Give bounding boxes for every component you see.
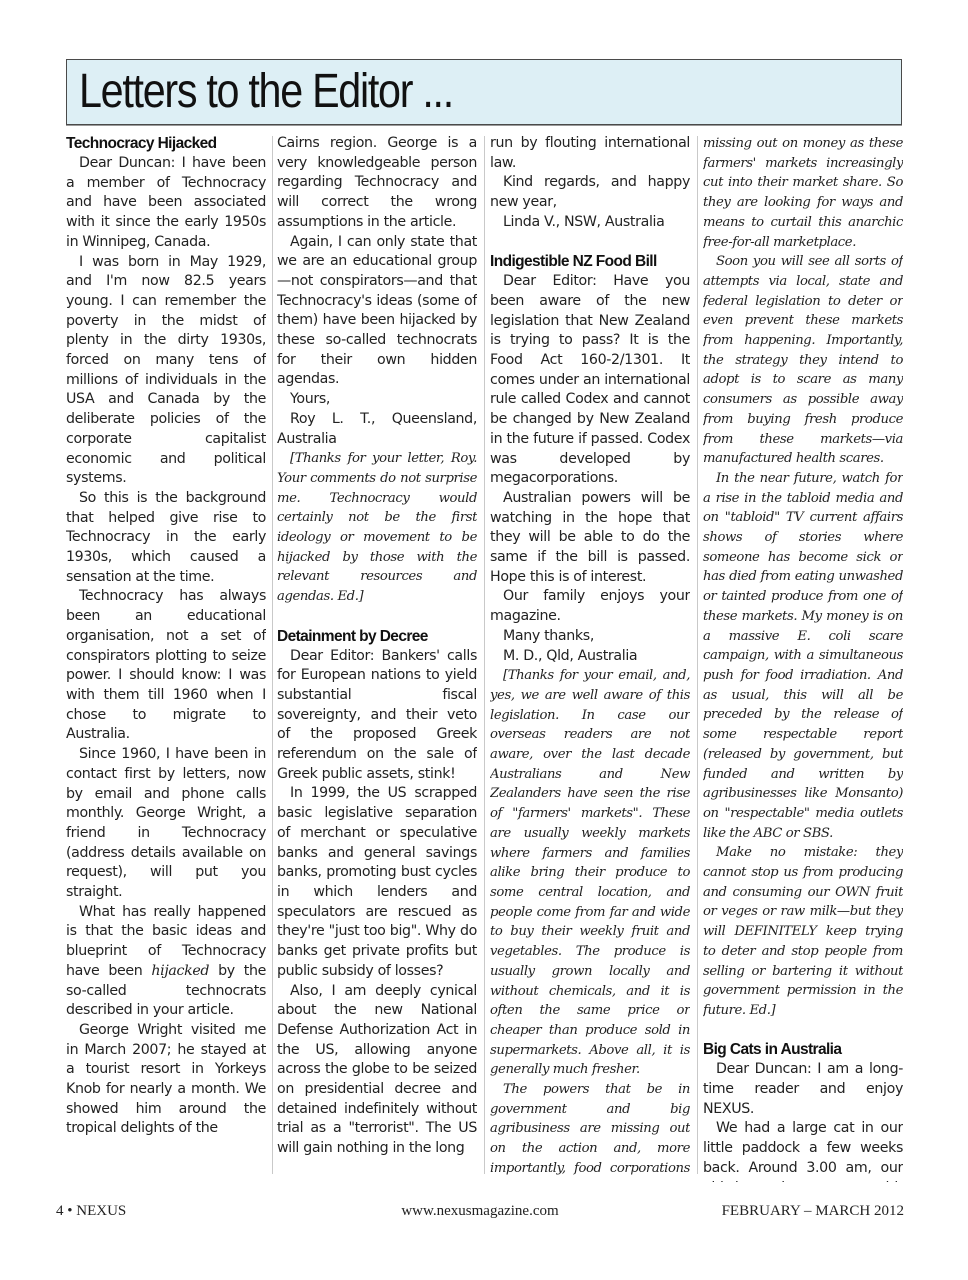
letter-paragraph: Dear Editor: Have you been aware of the … bbox=[490, 272, 690, 489]
spacer bbox=[490, 233, 690, 253]
editor-reply-text: The powers that be in government and big… bbox=[490, 1080, 690, 1182]
letter-paragraph: Dear Editor: Bankers' calls for European… bbox=[277, 647, 477, 785]
letter-paragraph: run by flouting international law. bbox=[490, 134, 690, 173]
column-divider bbox=[272, 136, 273, 1174]
letter-paragraph: Dear Duncan: I am a long-time reader and… bbox=[703, 1060, 903, 1119]
editor-reply-text: [Thanks for your email, and, yes, we are… bbox=[490, 666, 690, 1080]
letters-columns: Technocracy Hijacked Dear Duncan: I have… bbox=[66, 134, 903, 1184]
letter-signoff: Many thanks, bbox=[490, 627, 690, 647]
letter-paragraph-hijacked: What has really happened is that the bas… bbox=[66, 903, 266, 1021]
letter-paragraph: So this is the background that helped gi… bbox=[66, 489, 266, 588]
letter-paragraph: I was born in May 1929, and I'm now 82.5… bbox=[66, 253, 266, 489]
editor-reply-text: missing out on money as these farmers' m… bbox=[703, 134, 903, 252]
letter-heading-technocracy: Technocracy Hijacked bbox=[66, 134, 266, 154]
letter-signature: Roy L. T., Queensland, Australia bbox=[277, 410, 477, 449]
column-4: missing out on money as these farmers' m… bbox=[703, 134, 903, 1182]
column-divider bbox=[484, 136, 485, 1174]
spacer bbox=[277, 607, 477, 627]
editor-reply-text: Soon you will see all sorts of attempts … bbox=[703, 252, 903, 469]
letter-heading-detainment: Detainment by Decree bbox=[277, 627, 477, 647]
page-footer: 4 • NEXUS www.nexusmagazine.com FEBRUARY… bbox=[56, 1203, 904, 1223]
column-3: run by flouting international law. Kind … bbox=[490, 134, 690, 1182]
letter-paragraph: George Wright visited me in March 2007; … bbox=[66, 1021, 266, 1139]
letter-paragraph: Australian powers will be watching in th… bbox=[490, 489, 690, 588]
letter-paragraph: Also, I am deeply cynical about the new … bbox=[277, 982, 477, 1159]
letter-paragraph: Our family enjoys your magazine. bbox=[490, 587, 690, 626]
editor-reply-text: [Thanks for your letter, Roy. Your comme… bbox=[277, 449, 477, 607]
letter-paragraph: Again, I can only state that we are an e… bbox=[277, 233, 477, 391]
letter-paragraph: Technocracy has always been an education… bbox=[66, 587, 266, 745]
editor-reply-text: Make no mistake: they cannot stop us fro… bbox=[703, 843, 903, 1020]
letter-signoff: Yours, bbox=[277, 390, 477, 410]
letter-signature: Linda V., NSW, Australia bbox=[490, 213, 690, 233]
editor-reply: [Thanks for your letter, Roy. Your comme… bbox=[277, 449, 477, 607]
section-header: Letters to the Editor ... bbox=[66, 59, 902, 125]
letter-paragraph: Cairns region. George is a very knowledg… bbox=[277, 134, 477, 233]
editor-reply-text: In the near future, watch for a rise in … bbox=[703, 469, 903, 843]
column-1: Technocracy Hijacked Dear Duncan: I have… bbox=[66, 134, 266, 1182]
letter-paragraph: Dear Duncan: I have been a member of Tec… bbox=[66, 154, 266, 253]
page-title: Letters to the Editor ... bbox=[79, 62, 453, 122]
editor-reply: missing out on money as these farmers' m… bbox=[703, 134, 903, 1021]
emphasis-text: hijacked bbox=[151, 963, 209, 979]
letter-paragraph: Kind regards, and happy new year, bbox=[490, 173, 690, 212]
letter-signature: M. D., Qld, Australia bbox=[490, 647, 690, 667]
editor-reply: [Thanks for your email, and, yes, we are… bbox=[490, 666, 690, 1182]
column-2: Cairns region. George is a very knowledg… bbox=[277, 134, 477, 1182]
letter-heading-big-cats: Big Cats in Australia bbox=[703, 1040, 903, 1060]
letter-heading-nz-food-bill: Indigestible NZ Food Bill bbox=[490, 252, 690, 272]
letter-paragraph: Since 1960, I have been in contact first… bbox=[66, 745, 266, 903]
letter-paragraph: In 1999, the US scrapped basic legislati… bbox=[277, 784, 477, 981]
issue-date: FEBRUARY – MARCH 2012 bbox=[722, 1203, 904, 1220]
column-divider bbox=[697, 136, 698, 1174]
letter-paragraph: We had a large cat in our little paddock… bbox=[703, 1119, 903, 1182]
spacer bbox=[703, 1021, 903, 1041]
